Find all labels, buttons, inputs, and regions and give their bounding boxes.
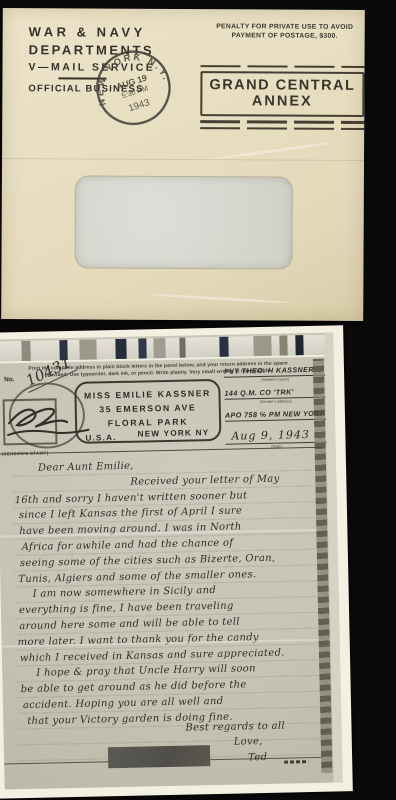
- envelope-window: [74, 175, 292, 269]
- letter-date: Aug 9, 1943: [225, 426, 327, 445]
- envelope-crease: [151, 293, 291, 304]
- cancel-bar: [200, 127, 364, 130]
- band-mark: [138, 338, 146, 358]
- band-mark: [153, 338, 165, 358]
- recipient-line: MISS EMILIE KASSNER: [76, 388, 218, 401]
- cancel-bar: [200, 120, 364, 123]
- form-number-smudge: [284, 760, 308, 764]
- cancel-bar: [201, 65, 365, 68]
- scanned-vmail-document: WAR & NAVY DEPARTMENTS V—MAIL SERVICE OF…: [0, 0, 396, 800]
- vmail-envelope: WAR & NAVY DEPARTMENTS V—MAIL SERVICE OF…: [1, 8, 365, 321]
- band-mark: [295, 335, 303, 355]
- handwritten-letter-body: Dear Aunt Emilie, Received your letter o…: [12, 455, 326, 771]
- penalty-notice: PENALTY FOR PRIVATE USE TO AVOID PAYMENT…: [201, 22, 369, 41]
- recipient-city-state: NEW YORK NY: [137, 428, 209, 439]
- cancel-box: GRAND CENTRAL ANNEX: [200, 71, 364, 117]
- band-mark: [79, 339, 96, 359]
- recipient-country: U.S.A.: [85, 433, 116, 443]
- band-mark: [21, 341, 30, 361]
- sender-address: 144 Q.M. CO 'TRK': [224, 387, 326, 400]
- band-mark: [253, 336, 271, 356]
- cancellation-mark: GRAND CENTRAL ANNEX: [200, 61, 364, 134]
- sender-name: PVT THEO. H KASSNER: [224, 365, 326, 378]
- band-mark: [115, 339, 126, 359]
- dark-censor-bar: [108, 745, 210, 768]
- recipient-line: 35 EMERSON AVE: [77, 402, 219, 415]
- sender-apo: APO 758 ℅ PM NEW YORK N.Y.: [225, 409, 327, 422]
- film-leader-band: [0, 334, 334, 361]
- letter-closing-love: Love,: [234, 733, 326, 751]
- postmark-year: 1943: [127, 97, 151, 114]
- envelope-crease: [212, 141, 331, 160]
- vmail-letter-photo: Print the complete address in plain bloc…: [0, 325, 353, 798]
- sender-address-caption: (Sender's address): [225, 399, 327, 405]
- return-line: WAR & NAVY: [29, 24, 156, 40]
- vmail-letter-form: Print the complete address in plain bloc…: [0, 332, 343, 789]
- penalty-line: PAYMENT OF POSTAGE, $300.: [201, 31, 369, 41]
- recipient-address-panel: MISS EMILIE KASSNER 35 EMERSON AVE FLORA…: [74, 379, 221, 444]
- cancel-text: ANNEX: [204, 94, 360, 111]
- sender-name-caption: (Sender's name): [224, 377, 326, 383]
- cancel-text: GRAND CENTRAL: [204, 78, 360, 95]
- band-mark: [179, 338, 185, 358]
- penalty-line: PENALTY FOR PRIVATE USE TO AVOID: [201, 22, 369, 32]
- band-mark: [279, 335, 287, 355]
- band-mark: [219, 337, 228, 357]
